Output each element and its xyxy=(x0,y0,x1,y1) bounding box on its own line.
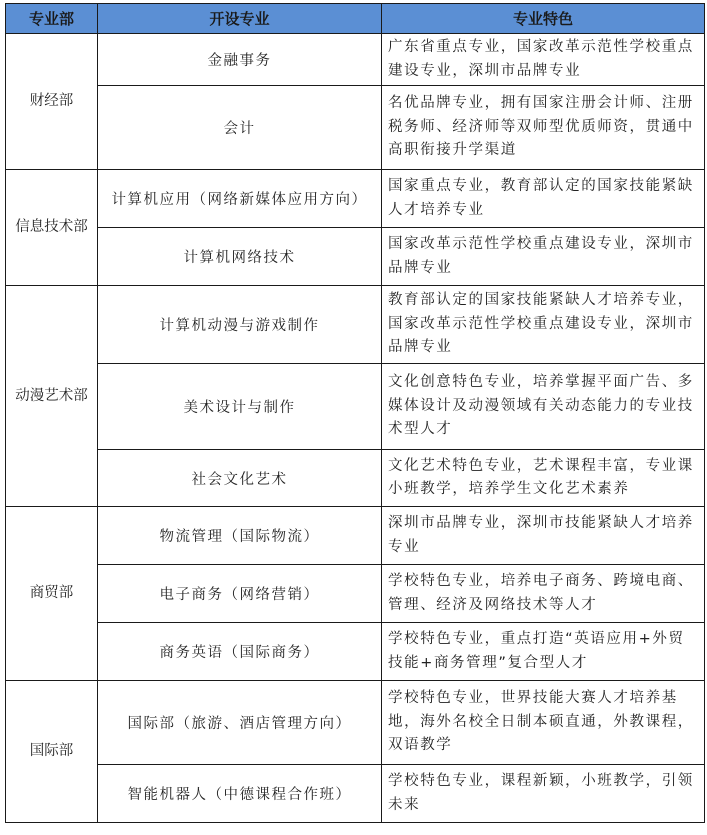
feature-cell: 广东省重点专业，国家改革示范性学校重点建设专业，深圳市品牌专业 xyxy=(382,34,705,86)
table-row: 计算机网络技术 国家改革示范性学校重点建设专业，深圳市品牌专业 xyxy=(6,228,705,286)
header-department: 专业部 xyxy=(6,4,98,34)
department-cell: 信息技术部 xyxy=(6,170,98,286)
table-row: 国际部 国际部（旅游、酒店管理方向） 学校特色专业，世界技能大赛人才培养基地，海… xyxy=(6,681,705,765)
table-row: 美术设计与制作 文化创意特色专业，培养掌握平面广告、多媒体设计及动漫领域有关动态… xyxy=(6,364,705,450)
table-row: 信息技术部 计算机应用（网络新媒体应用方向） 国家重点专业，教育部认定的国家技能… xyxy=(6,170,705,228)
feature-cell: 国家重点专业，教育部认定的国家技能紧缺人才培养专业 xyxy=(382,170,705,228)
major-cell: 国际部（旅游、酒店管理方向） xyxy=(98,681,382,765)
feature-cell: 深圳市品牌专业，深圳市技能紧缺人才培养专业 xyxy=(382,507,705,565)
table-row: 电子商务（网络营销） 学校特色专业，培养电子商务、跨境电商、管理、经济及网络技术… xyxy=(6,565,705,623)
major-cell: 计算机网络技术 xyxy=(98,228,382,286)
table-row: 社会文化艺术 文化艺术特色专业，艺术课程丰富，专业课小班教学，培养学生文化艺术素… xyxy=(6,450,705,507)
feature-cell: 学校特色专业，世界技能大赛人才培养基地，海外名校全日制本硕直通，外教课程，双语教… xyxy=(382,681,705,765)
major-cell: 金融事务 xyxy=(98,34,382,86)
feature-cell: 名优品牌专业，拥有国家注册会计师、注册税务师、经济师等双师型优质师资，贯通中高职… xyxy=(382,86,705,170)
department-cell: 动漫艺术部 xyxy=(6,286,98,507)
major-cell: 美术设计与制作 xyxy=(98,364,382,450)
table-row: 商贸部 物流管理（国际物流） 深圳市品牌专业，深圳市技能紧缺人才培养专业 xyxy=(6,507,705,565)
table-row: 商务英语（国际商务） 学校特色专业，重点打造“英语应用+外贸技能+商务管理”复合… xyxy=(6,623,705,681)
feature-cell: 文化艺术特色专业，艺术课程丰富，专业课小班教学，培养学生文化艺术素养 xyxy=(382,450,705,507)
table-row: 财经部 金融事务 广东省重点专业，国家改革示范性学校重点建设专业，深圳市品牌专业 xyxy=(6,34,705,86)
major-cell: 商务英语（国际商务） xyxy=(98,623,382,681)
table-header-row: 专业部 开设专业 专业特色 xyxy=(6,4,705,34)
feature-cell: 国家改革示范性学校重点建设专业，深圳市品牌专业 xyxy=(382,228,705,286)
table-row: 动漫艺术部 计算机动漫与游戏制作 教育部认定的国家技能紧缺人才培养专业，国家改革… xyxy=(6,286,705,364)
header-major: 开设专业 xyxy=(98,4,382,34)
major-cell: 社会文化艺术 xyxy=(98,450,382,507)
department-cell: 国际部 xyxy=(6,681,98,823)
major-cell: 智能机器人（中德课程合作班） xyxy=(98,765,382,823)
table-row: 会计 名优品牌专业，拥有国家注册会计师、注册税务师、经济师等双师型优质师资，贯通… xyxy=(6,86,705,170)
major-cell: 计算机动漫与游戏制作 xyxy=(98,286,382,364)
table-row: 智能机器人（中德课程合作班） 学校特色专业，课程新颖，小班教学，引领未来 xyxy=(6,765,705,823)
major-cell: 物流管理（国际物流） xyxy=(98,507,382,565)
department-cell: 商贸部 xyxy=(6,507,98,681)
feature-cell: 教育部认定的国家技能紧缺人才培养专业，国家改革示范性学校重点建设专业，深圳市品牌… xyxy=(382,286,705,364)
feature-cell: 学校特色专业，培养电子商务、跨境电商、管理、经济及网络技术等人才 xyxy=(382,565,705,623)
major-cell: 会计 xyxy=(98,86,382,170)
header-feature: 专业特色 xyxy=(382,4,705,34)
department-cell: 财经部 xyxy=(6,34,98,170)
feature-cell: 文化创意特色专业，培养掌握平面广告、多媒体设计及动漫领域有关动态能力的专业技术型… xyxy=(382,364,705,450)
major-cell: 电子商务（网络营销） xyxy=(98,565,382,623)
feature-cell: 学校特色专业，课程新颖，小班教学，引领未来 xyxy=(382,765,705,823)
feature-cell: 学校特色专业，重点打造“英语应用+外贸技能+商务管理”复合型人才 xyxy=(382,623,705,681)
major-cell: 计算机应用（网络新媒体应用方向） xyxy=(98,170,382,228)
majors-table: 专业部 开设专业 专业特色 财经部 金融事务 广东省重点专业，国家改革示范性学校… xyxy=(5,3,705,823)
